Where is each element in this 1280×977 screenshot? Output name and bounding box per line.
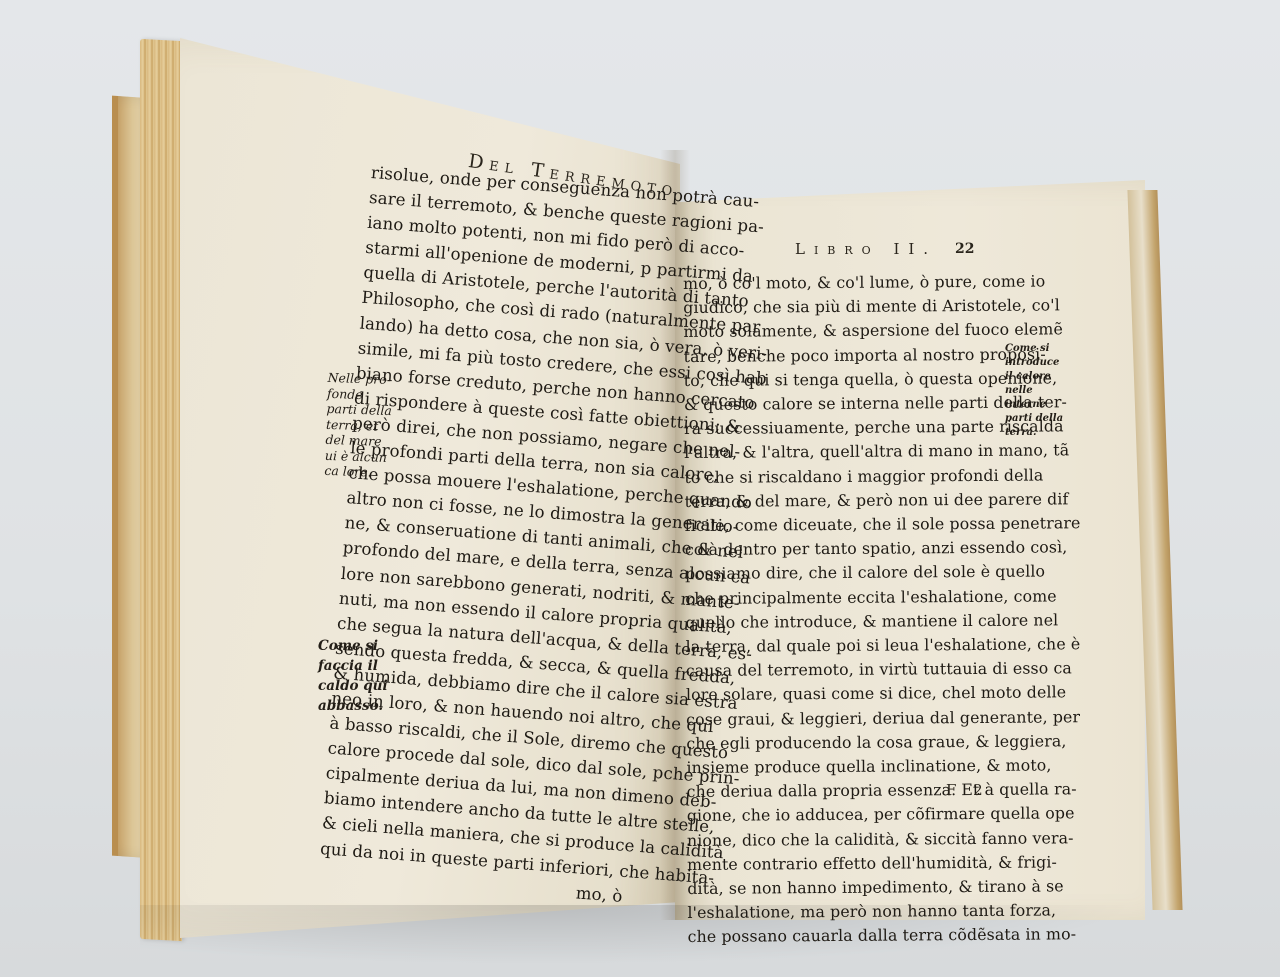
text-line: moto solamente, & aspersione del fuoco e… [683,318,983,344]
text-line: che egli producendo la cosa graue, & leg… [686,730,986,756]
text-line: mo, ò co'l moto, & co'l lume, ò pure, co… [683,270,983,296]
text-line: giudico, che sia più di mente di Aristot… [683,294,983,320]
text-line: dità, se non hanno impedimento, & tirano… [687,875,987,901]
left-marginal-note-1: Nelle pro-fonde parti della terra, et de… [324,370,394,481]
right-marginal-note: Come si introduce il calore nelle intern… [1005,342,1067,440]
text-line: terra, & del mare, & però non ui dee par… [685,488,985,514]
text-line: ficile, come diceuate, che il sole possa… [685,512,985,538]
text-line: mente contrario effetto dell'humidità, &… [687,851,987,877]
text-line: la terra, dal quale poi si leua l'eshala… [686,633,986,659]
text-line: gione, che io adducea, per cõfirmare que… [687,802,987,828]
page-block-edge [140,39,182,941]
left-marginal-note-2: Come si faccia il caldo qui abbasso. [318,636,390,716]
text-line: che deriua dalla propria essenza. Et à q… [687,778,987,804]
text-line: l'eshalatione, ma però non hanno tanta f… [687,899,987,925]
text-line: che principalmente eccita l'eshalatione,… [685,585,985,611]
right-running-head: Libro II. [795,240,937,258]
text-line: insieme produce quella inclinatione, & m… [686,754,986,780]
text-line: lore solare, quasi come si dice, chel mo… [686,681,986,707]
text-line: possiamo dire, che il calore del sole è … [685,560,985,586]
left-page-body: risolue, onde per conseguenza non potrà … [317,160,676,909]
text-line: colà dentro per tanto spatio, anzi essen… [685,536,985,562]
text-line: tare, benche poco importa al nostro prop… [684,343,984,369]
folio-number: 22 [955,241,974,257]
right-page-body: mo, ò co'l moto, & co'l lume, ò pure, co… [683,270,988,950]
text-line: ra successiuamente, perche una parte ris… [684,415,984,441]
text-line: nione, dico che la calidità, & siccità f… [687,827,987,853]
text-line: & questo calore se interna nelle parti d… [684,391,984,417]
text-line: causa del terremoto, in virtù tuttauia d… [686,657,986,683]
book-photo-scene: Del Terremoto risolue, onde per consegue… [0,0,1280,977]
text-line: to, che qui si tenga quella, ò questa op… [684,367,984,393]
text-line: to che si riscaldano i maggior profondi … [684,464,984,490]
text-line: che possano cauarla dalla terra cõdẽsata… [688,923,988,949]
signature-mark: F 2 [946,781,989,799]
text-line: quello che introduce, & mantiene il calo… [685,609,985,635]
text-line: l'altra, & l'altra, quell'altra di mano … [684,439,984,465]
text-line: cose graui, & leggieri, deriua dal gener… [686,706,986,732]
